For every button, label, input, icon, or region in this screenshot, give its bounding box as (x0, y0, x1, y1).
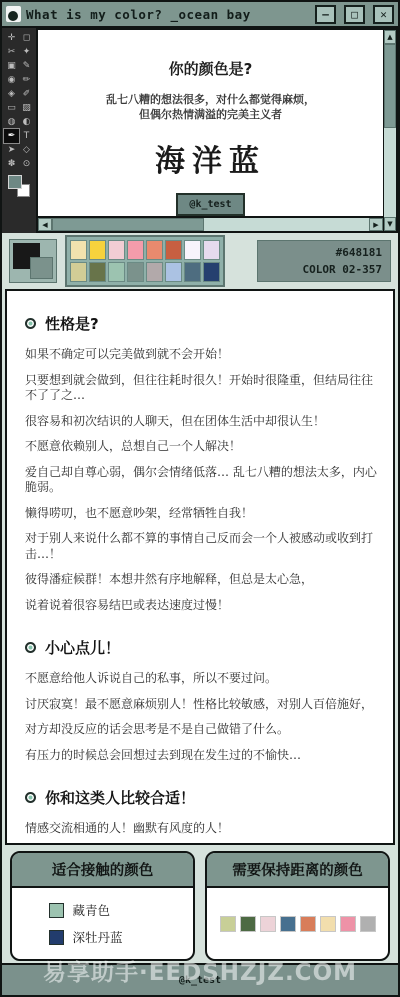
canvas-heading: 你的颜色是? (38, 58, 383, 79)
zoom-tool[interactable]: ⊙ (19, 157, 34, 171)
color-hex-value: #648181 (336, 246, 382, 259)
color-info-panel: #648181 COLOR 02-357 (257, 240, 391, 282)
bad-color-swatch (240, 916, 256, 932)
color-swatch-grid (65, 235, 225, 287)
type-tool[interactable]: T (19, 129, 34, 143)
horizontal-scrollbar[interactable]: ◀ ▶ (38, 216, 383, 231)
section-caution: 小心点儿！ 不愿意给他人诉说自己的私事，所以不要过问。讨厌寂寞！最不愿意麻烦别人… (25, 637, 379, 763)
blur-tool[interactable]: ◍ (4, 115, 19, 129)
palette-swatch[interactable] (127, 262, 144, 282)
gradient-tool[interactable]: ▨ (19, 101, 34, 115)
section-bullet-icon (25, 792, 36, 803)
palette-swatch[interactable] (165, 262, 182, 282)
window-title: What is my color? _ocean bay (26, 7, 307, 22)
eyedropper-tool[interactable]: ✎ (19, 59, 34, 73)
canvas-column: 你的颜色是? 乱七八糟的想法很多，对什么都觉得麻烦， 但偶尔热情满溢的完美主义者… (36, 28, 383, 233)
section-title: 性格是? (45, 313, 99, 334)
tool-palette: ✛ ◻ ✂ ✦ ▣ ✎ ◉ ✏ ◈ ✐ (2, 28, 36, 233)
bad-color-swatch (220, 916, 236, 932)
scroll-down-icon[interactable]: ▼ (384, 217, 396, 231)
section-header: 你和这类人比较合适！ (25, 787, 379, 808)
paragraph: 只要想到就会做到，但往往耗时很久！开始时很隆重，但结局往往不了了之… (25, 373, 379, 404)
paragraph: 不愿意依赖别人，总想自己一个人解决！ (25, 439, 379, 455)
foreground-background-picker[interactable] (9, 239, 57, 283)
crop-tool[interactable]: ▣ (4, 59, 19, 73)
bad-colors-box: 需要保持距离的颜色 (205, 851, 390, 961)
shape-tool[interactable]: ◇ (19, 143, 34, 157)
palette-swatch[interactable] (203, 262, 220, 282)
palette-swatch[interactable] (70, 240, 87, 260)
title-bar: What is my color? _ocean bay — □ ✕ (2, 2, 398, 28)
pencil-tool[interactable]: ✐ (19, 87, 34, 101)
palette-swatch[interactable] (108, 262, 125, 282)
hand-tool[interactable]: ✽ (4, 157, 19, 171)
canvas-subtitle-line2: 但偶尔热情满溢的完美主义者 (38, 107, 383, 122)
paragraph: 对方却没反应的话会思考是不是自己做错了什么。 (25, 722, 379, 738)
palette-swatch[interactable] (165, 240, 182, 260)
scroll-right-icon[interactable]: ▶ (369, 218, 383, 231)
good-color-item: 藏青色 (49, 901, 157, 919)
eraser-tool[interactable]: ▭ (4, 101, 19, 115)
bad-color-swatch (260, 916, 276, 932)
background-color-swatch[interactable] (30, 257, 53, 279)
paragraph: 如果不确定可以完美做到就不会开始！ (25, 347, 379, 363)
color-compatibility-row: 适合接触的颜色 藏青色 深牡丹蓝 需要保持距离的颜色 (2, 845, 398, 963)
bad-colors-title: 需要保持距离的颜色 (207, 853, 388, 888)
result-content: 性格是? 如果不确定可以完美做到就不会开始！只要想到就会做到，但往往耗时很久！开… (5, 289, 395, 845)
toolbar-foreground-color-swatch[interactable] (8, 175, 22, 189)
dodge-tool[interactable]: ◐ (19, 115, 34, 129)
move-tool[interactable]: ✛ (4, 31, 19, 45)
lasso-tool[interactable]: ✂ (4, 45, 19, 59)
paragraph: 彼得潘症候群！本想井然有序地解释，但总是太心急， (25, 572, 379, 588)
vertical-scroll-thumb[interactable] (384, 44, 396, 128)
paragraph: 有压力的时候总会回想过去到现在发生过的不愉快… (25, 748, 379, 764)
path-select-tool[interactable]: ➤ (4, 143, 19, 157)
scroll-up-icon[interactable]: ▲ (384, 30, 396, 44)
paragraph: 爱自己却自尊心弱，偶尔会情绪低落… 乱七八糟的想法太多，内心脆弱。 (25, 465, 379, 496)
horizontal-scroll-thumb[interactable] (52, 218, 204, 231)
close-button[interactable]: ✕ (373, 5, 394, 24)
credit-button[interactable]: @k_test (176, 193, 244, 216)
palette-swatch[interactable] (146, 262, 163, 282)
app-icon (6, 6, 21, 22)
bad-color-swatch (360, 916, 376, 932)
good-color-label: 藏青色 (73, 901, 111, 919)
good-color-swatch (49, 930, 64, 945)
palette-swatch[interactable] (89, 240, 106, 260)
app-window: What is my color? _ocean bay — □ ✕ ✛ ◻ ✂… (0, 0, 400, 997)
footer-credit: @k_test (179, 975, 221, 986)
paragraph: 懒得唠叨，也不愿意吵架，经常牺牲自我！ (25, 506, 379, 522)
palette-swatch[interactable] (184, 262, 201, 282)
section-title: 小心点儿！ (45, 637, 120, 658)
paragraph: 不愿意给他人诉说自己的私事，所以不要过问。 (25, 671, 379, 687)
paragraph: 讨厌寂寞！最不愿意麻烦别人！性格比较敏感，对别人百倍施好， (25, 697, 379, 713)
canvas-subtitle: 乱七八糟的想法很多，对什么都觉得麻烦， 但偶尔热情满溢的完美主义者 (38, 92, 383, 122)
paragraph: 很容易和初次结识的人聊天，但在团体生活中却很认生！ (25, 414, 379, 430)
bad-color-swatch (340, 916, 356, 932)
section-bullet-icon (25, 318, 36, 329)
good-color-swatch (49, 903, 64, 918)
color-code-value: COLOR 02-357 (303, 263, 382, 276)
section-header: 小心点儿！ (25, 637, 379, 658)
palette-bar: #648181 COLOR 02-357 (2, 233, 398, 289)
section-compatible-people: 你和这类人比较合适！ 情感交流相通的人！幽默有风度的人！不经意的一句话也会让你受… (25, 787, 379, 845)
good-color-label: 深牡丹蓝 (73, 928, 123, 946)
bad-color-swatch (280, 916, 296, 932)
canvas-subtitle-line1: 乱七八糟的想法很多，对什么都觉得麻烦， (38, 92, 383, 107)
bad-color-swatch (300, 916, 316, 932)
vertical-scroll-track[interactable] (384, 128, 396, 217)
clone-stamp-tool[interactable]: ◈ (4, 87, 19, 101)
color-name-title: 海洋蓝 (38, 136, 383, 180)
paragraph: 对于别人来说什么都不算的事情自己反而会一个人被感动或收到打击…！ (25, 531, 379, 562)
bad-color-swatch (320, 916, 336, 932)
pen-tool[interactable]: ✒ (4, 129, 19, 143)
good-colors-title: 适合接触的颜色 (12, 853, 193, 888)
marquee-tool[interactable]: ◻ (19, 31, 34, 45)
section-title: 你和这类人比较合适！ (45, 787, 195, 808)
palette-swatch[interactable] (108, 240, 125, 260)
palette-swatch[interactable] (70, 262, 87, 282)
toolbar-color-selector[interactable] (7, 175, 31, 197)
horizontal-scroll-track[interactable] (204, 218, 369, 231)
healing-tool[interactable]: ◉ (4, 73, 19, 87)
palette-swatch[interactable] (146, 240, 163, 260)
section-header: 性格是? (25, 313, 379, 334)
palette-swatch[interactable] (89, 262, 106, 282)
scroll-left-icon[interactable]: ◀ (38, 218, 52, 231)
palette-swatch[interactable] (184, 240, 201, 260)
footer-bar: @k_test (2, 963, 398, 995)
maximize-button[interactable]: □ (344, 5, 365, 24)
section-bullet-icon (25, 642, 36, 653)
minimize-button[interactable]: — (315, 5, 336, 24)
palette-swatch[interactable] (203, 240, 220, 260)
good-colors-box: 适合接触的颜色 藏青色 深牡丹蓝 (10, 851, 195, 961)
good-color-item: 深牡丹蓝 (49, 928, 157, 946)
palette-swatch[interactable] (127, 240, 144, 260)
canvas: 你的颜色是? 乱七八糟的想法很多，对什么都觉得麻烦， 但偶尔热情满溢的完美主义者… (38, 30, 383, 216)
magic-wand-tool[interactable]: ✦ (19, 45, 34, 59)
paragraph: 说着说着很容易结巴或表达速度过慢！ (25, 598, 379, 614)
workspace: ✛ ◻ ✂ ✦ ▣ ✎ ◉ ✏ ◈ ✐ (2, 28, 398, 233)
brush-tool[interactable]: ✏ (19, 73, 34, 87)
vertical-scrollbar[interactable]: ▲ ▼ (383, 28, 398, 233)
section-personality: 性格是? 如果不确定可以完美做到就不会开始！只要想到就会做到，但往往耗时很久！开… (25, 313, 379, 613)
paragraph: 情感交流相通的人！幽默有风度的人！ (25, 821, 379, 837)
